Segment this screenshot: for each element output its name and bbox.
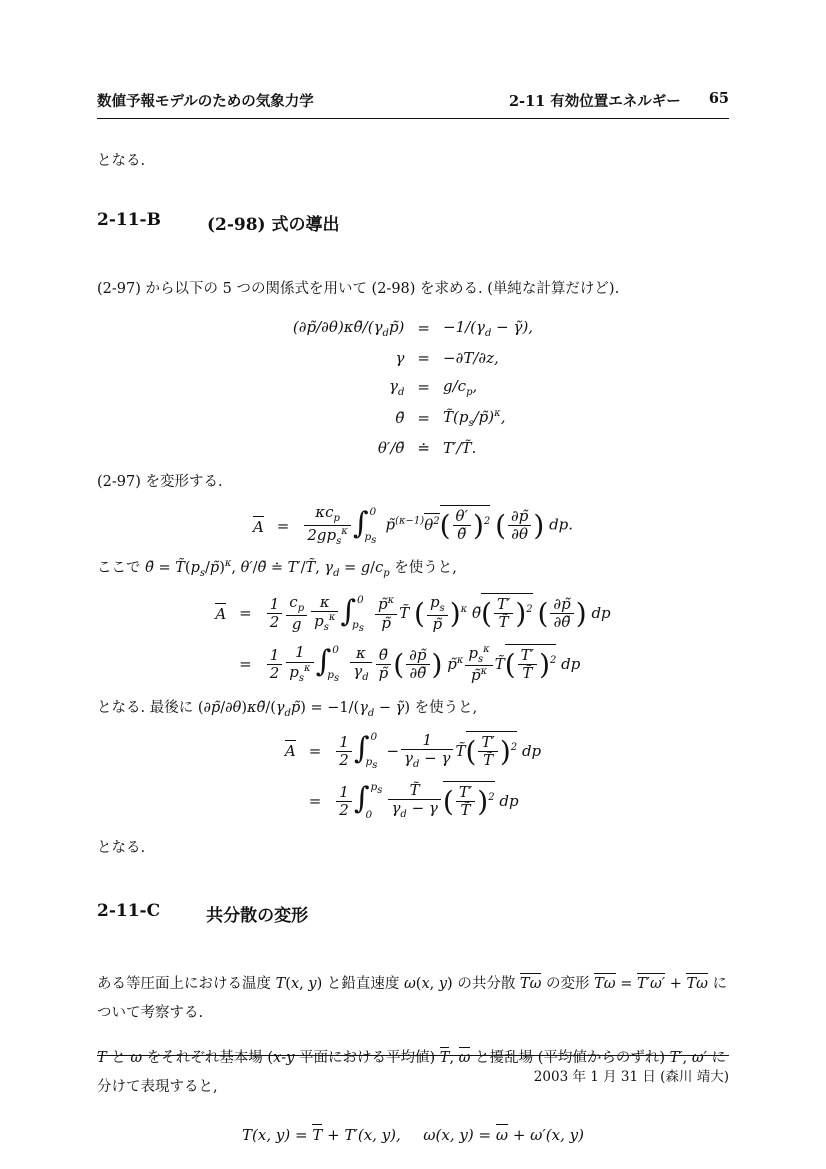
equation-A-first: A=κcp2gpsκ∫0psp̃(κ−1)θ2(θ′θ̃)2 (∂p̃∂θ) d… xyxy=(253,499,573,552)
equation-row: =12∫ps0T̃γd − γ(T′T̃)2 dp xyxy=(285,776,541,826)
equation-rhs: g/cp, xyxy=(443,372,533,403)
equation-A-final: A=12∫0ps−1γd − γT̃(T′T̃)2 dp=12∫ps0T̃γd … xyxy=(285,726,541,826)
page-footer: 2003 年 1 月 31 日 (森川 靖大) xyxy=(97,1055,729,1085)
equation-rhs: T′/T̃. xyxy=(443,434,533,462)
section-number: 2-11-B xyxy=(97,210,161,235)
equation-A-second: A=12cpgκpsκ∫0psp̃κp̃T̃ (psp̃)κ θ̃(T′T̃)2… xyxy=(215,588,610,690)
equation-row: =121psκ∫0psκγdθ̃p̃(∂p̃∂θ̃) p̃κpsκp̃κT̃(T… xyxy=(215,639,610,690)
equation-lhs: A xyxy=(285,726,296,776)
header-section-label: 2-11 有効位置エネルギー xyxy=(509,90,681,111)
paragraph-secB-intro: (2-97) から以下の 5 つの関係式を用いて (2-98) を求める. (単… xyxy=(97,281,729,298)
equation-lhs: A xyxy=(215,588,226,639)
equation-lhs: θ′/θ̃ xyxy=(293,434,405,462)
equation-rel: ≐ xyxy=(404,434,443,462)
equation-rhs: κcp2gpsκ∫0psp̃(κ−1)θ2(θ′θ̃)2 (∂p̃∂θ) dp. xyxy=(302,499,573,552)
equation-row: θ̃=T̃(ps/p̃)κ, xyxy=(293,403,533,434)
document-page: 数値予報モデルのための気象力学 2-11 有効位置エネルギー 65 となる. 2… xyxy=(0,0,826,1169)
equation-row: A=12∫0ps−1γd − γT̃(T′T̃)2 dp xyxy=(285,726,541,776)
text-henkei: (2-97) を変形する. xyxy=(97,474,729,491)
equation-rhs: 12∫0ps−1γd − γT̃(T′T̃)2 dp xyxy=(334,726,541,776)
equation-rel: = xyxy=(264,499,303,552)
equation-lhs: A xyxy=(253,499,264,552)
equation-lhs: γd xyxy=(293,372,405,403)
paragraph-secC-1: ある等圧面上における温度 T(x, y) と鉛直速度 ω(x, y) の共分散 … xyxy=(97,970,729,1028)
text-tonaru-end: となる. xyxy=(97,840,729,857)
equation-rhs: −∂T/∂z, xyxy=(443,344,533,372)
section-number: 2-11-C xyxy=(97,901,160,926)
equation-row: γ=−∂T/∂z, xyxy=(293,344,533,372)
equation-lhs xyxy=(285,776,296,826)
equation-row: (∂p̃/∂θ)κθ̃/(γdp̃)=−1/(γd − γ̃), xyxy=(293,313,533,344)
text-kokode: ここで θ̃ = T̃(ps/p̃)κ, θ′/θ̃ ≐ T′/T̃, γd =… xyxy=(97,558,729,580)
equation-rel: = xyxy=(296,726,335,776)
equation-rhs: 12∫ps0T̃γd − γ(T′T̃)2 dp xyxy=(334,776,541,826)
equation-rel: = xyxy=(404,344,443,372)
section-title: 共分散の変形 xyxy=(206,901,308,926)
equation-lhs: γ xyxy=(293,344,405,372)
equation-rel: = xyxy=(226,588,265,639)
footer-date-author: 2003 年 1 月 31 日 (森川 靖大) xyxy=(534,1069,729,1085)
equation-rhs: 121psκ∫0psκγdθ̃p̃(∂p̃∂θ̃) p̃κpsκp̃κT̃(T′… xyxy=(265,639,611,690)
equation-lhs: θ̃ xyxy=(293,403,405,434)
equation-rel: = xyxy=(404,403,443,434)
section-title: (2-98) 式の導出 xyxy=(207,210,340,235)
header-doc-title: 数値予報モデルのための気象力学 xyxy=(97,90,314,111)
equation-rel: = xyxy=(404,313,443,344)
equation-row: A=12cpgκpsκ∫0psp̃κp̃T̃ (psp̃)κ θ̃(T′T̃)2… xyxy=(215,588,610,639)
equation-relations: (∂p̃/∂θ)κθ̃/(γdp̃)=−1/(γd − γ̃),γ=−∂T/∂z… xyxy=(293,313,533,462)
equation-row: A=κcp2gpsκ∫0psp̃(κ−1)θ2(θ′θ̃)2 (∂p̃∂θ) d… xyxy=(253,499,573,552)
equation-rhs: T̃(ps/p̃)κ, xyxy=(443,403,533,434)
equation-lhs xyxy=(215,639,226,690)
header-right-group: 2-11 有効位置エネルギー 65 xyxy=(509,90,729,111)
page-header: 数値予報モデルのための気象力学 2-11 有効位置エネルギー 65 xyxy=(97,0,729,119)
equation-rel: = xyxy=(296,776,335,826)
equation-rel: = xyxy=(404,372,443,403)
section-heading-2-11-C: 2-11-C 共分散の変形 xyxy=(97,901,729,926)
equation-rel: = xyxy=(226,639,265,690)
header-page-number: 65 xyxy=(709,90,729,111)
equation-row: γd=g/cp, xyxy=(293,372,533,403)
section-heading-2-11-B: 2-11-B (2-98) 式の導出 xyxy=(97,210,729,235)
equation-lhs: (∂p̃/∂θ)κθ̃/(γdp̃) xyxy=(293,313,405,344)
text-tonaru-top: となる. xyxy=(97,153,729,170)
equation-rhs: −1/(γd − γ̃), xyxy=(443,313,533,344)
equation-rhs: 12cpgκpsκ∫0psp̃κp̃T̃ (psp̃)κ θ̃(T′T̃)2 (… xyxy=(265,588,611,639)
equation-row: θ′/θ̃≐T′/T̃. xyxy=(293,434,533,462)
text-saigo: となる. 最後に (∂p̃/∂θ)κθ̃/(γdp̃) = −1/(γd − γ… xyxy=(97,700,729,720)
equation-decomposition: T(x, y) = T + T′(x, y), ω(x, y) = ω + ω′… xyxy=(97,1124,729,1144)
